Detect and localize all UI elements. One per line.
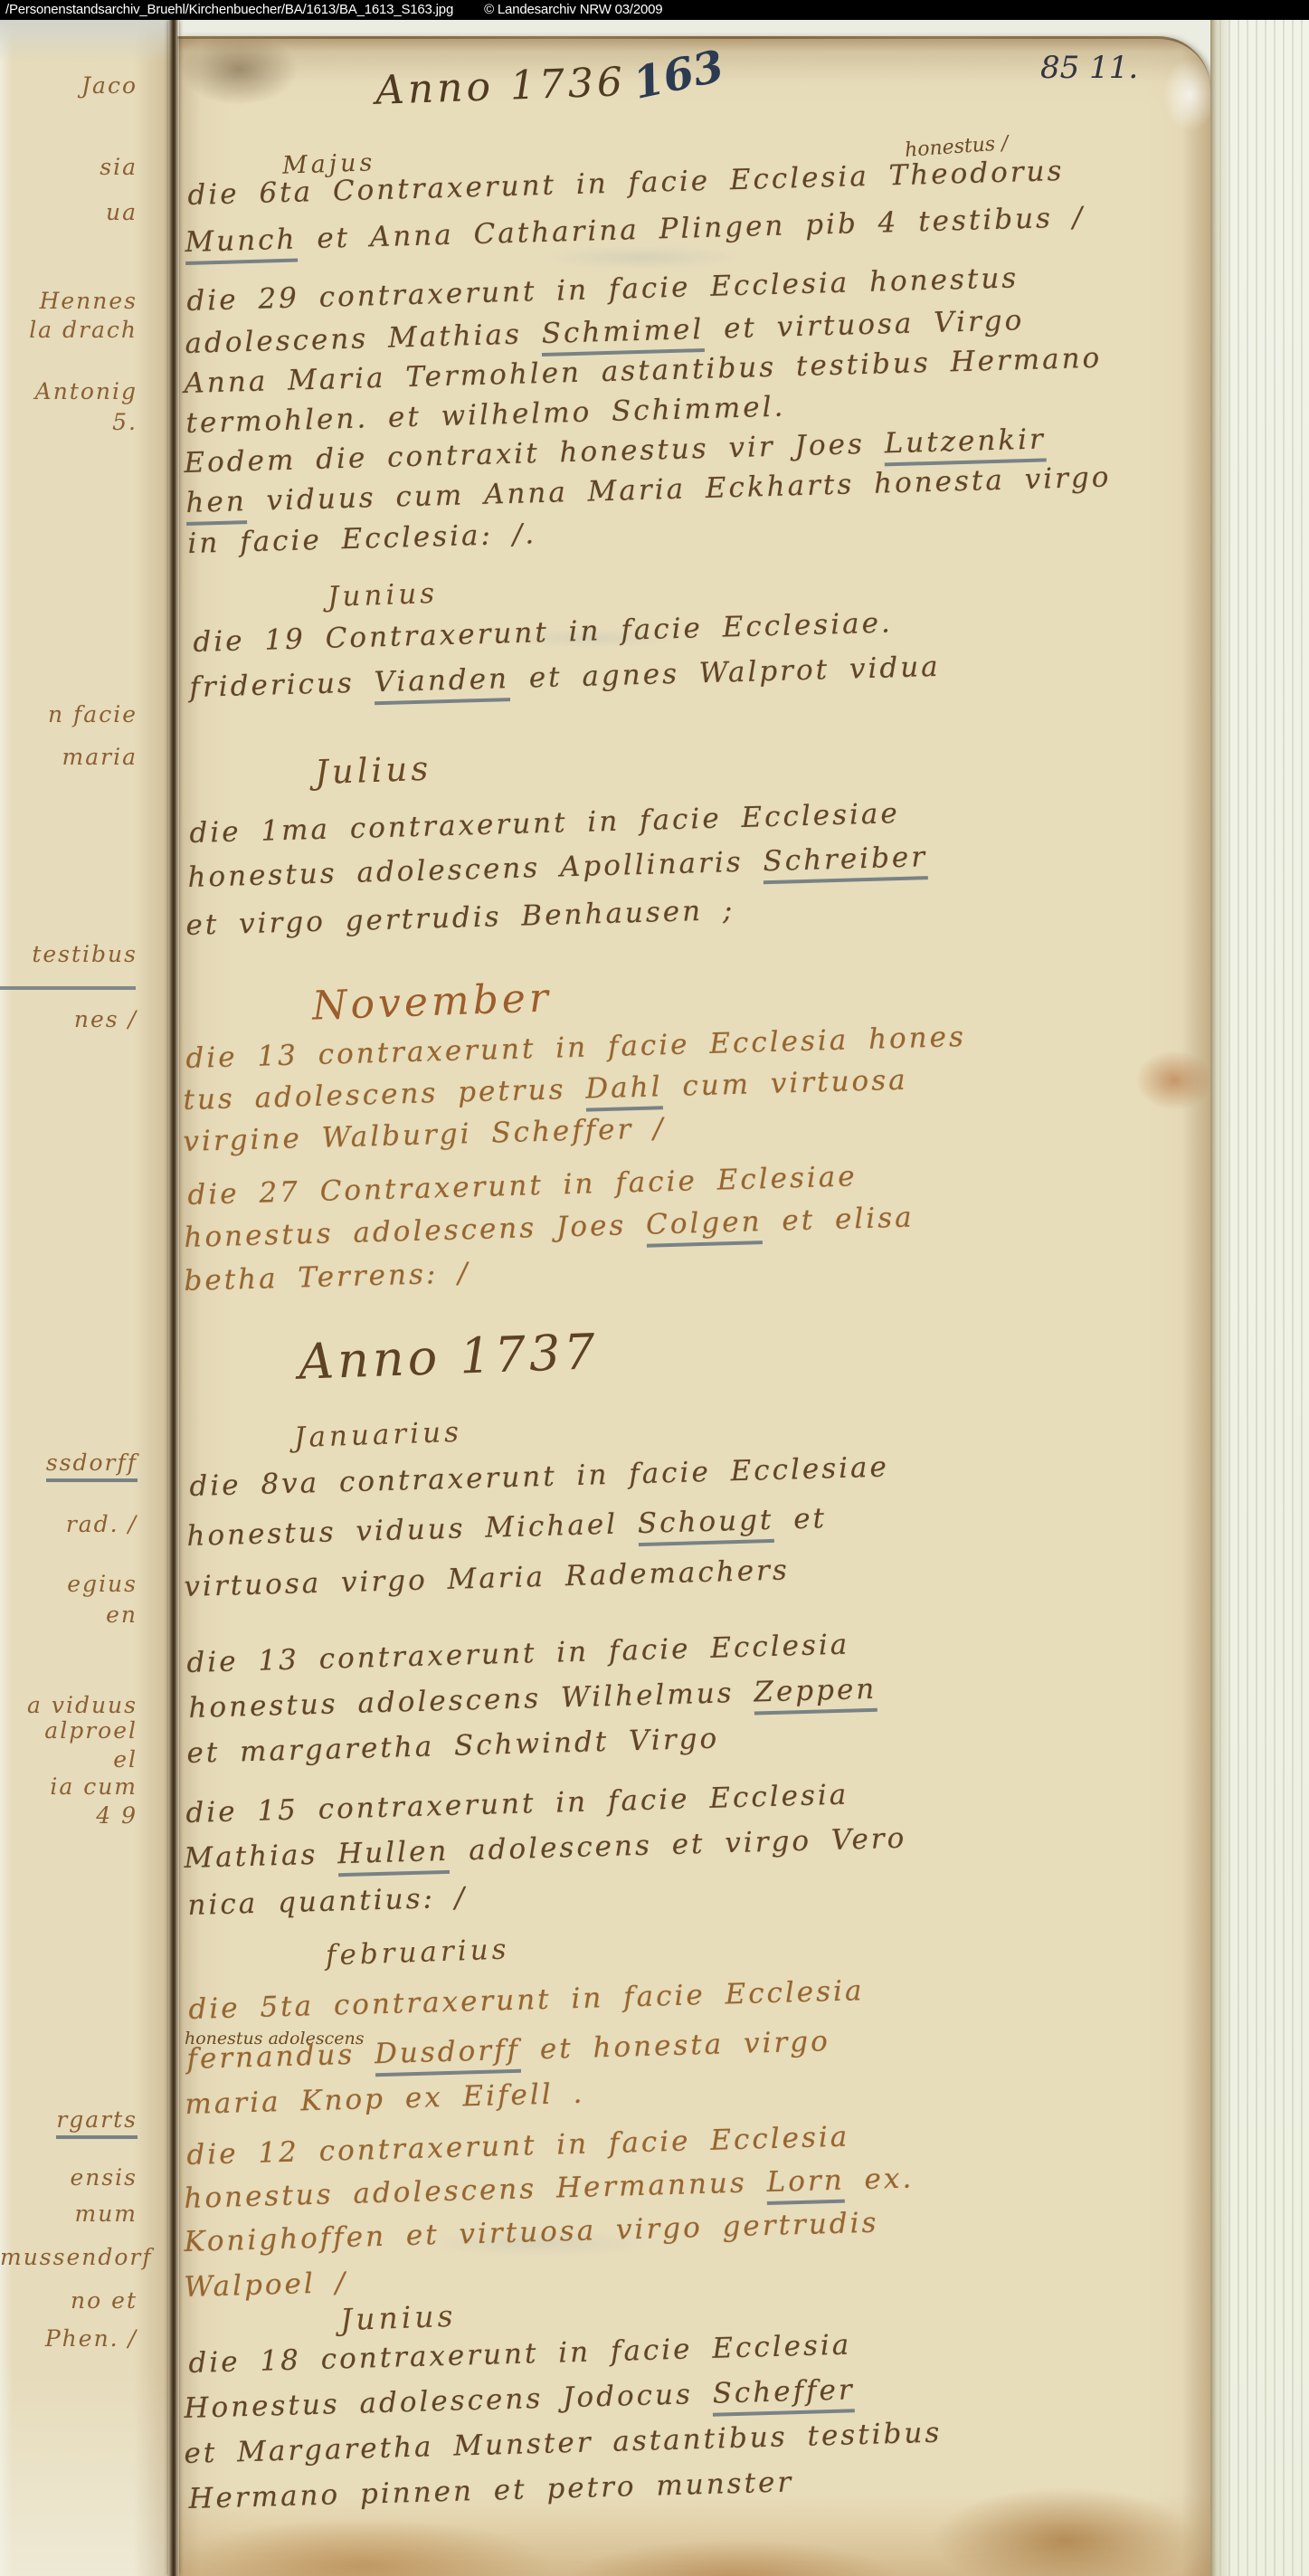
prev-page-fragment: ssdorff xyxy=(0,1450,138,1476)
underlined-surname: Scheffer xyxy=(712,2373,855,2416)
underlined-surname: hen xyxy=(185,485,247,526)
text-segment: fridericus xyxy=(189,666,375,704)
text-segment: fernandus xyxy=(186,2038,375,2076)
prev-page-fragment: no et xyxy=(0,2287,138,2314)
underlined-surname: Munch xyxy=(185,223,298,265)
prev-page-fragment: Hennes xyxy=(0,288,138,314)
prev-page-fragment: n facie xyxy=(0,701,138,727)
underlined-surname: rgarts xyxy=(56,2106,138,2139)
entry-line: Walpoel / xyxy=(184,2267,348,2304)
prev-page-fragment: ensis xyxy=(0,2164,138,2191)
underlined-surname: Dusdorff xyxy=(375,2034,521,2077)
text-segment: Walpoel / xyxy=(184,2267,348,2304)
underlined-surname: Hullen xyxy=(337,1835,450,1877)
prev-page-fragment: alproel xyxy=(0,1717,138,1744)
file-path-label: /Personenstandsarchiv_Bruehl/Kirchenbuec… xyxy=(5,0,453,20)
prev-page-fragment: Phen. / xyxy=(0,2325,138,2352)
underlined-surname: Colgen xyxy=(646,1205,764,1248)
prev-page-fragment: maria xyxy=(0,744,138,770)
heading-junius-1736: Junius xyxy=(327,577,438,613)
prev-page-fragment: en xyxy=(0,1602,138,1628)
underlined-surname: Dahl xyxy=(585,1070,663,1111)
folio-number: 85 11. xyxy=(1040,50,1138,86)
page-block-edges xyxy=(1210,20,1309,2576)
underlined-surname: Schougt xyxy=(637,1504,774,1546)
underlined-surname: Lutzenkir xyxy=(884,423,1046,466)
copyright-label: © Landesarchiv NRW 03/2009 xyxy=(484,0,662,20)
prev-page-fragment: 5. xyxy=(0,409,138,435)
underlined-surname: Schmimel xyxy=(541,313,705,356)
underlined-surname: Schreiber xyxy=(763,841,928,884)
heading-februarius: februarius xyxy=(325,1933,510,1972)
underlined-surname: Zeppen xyxy=(754,1673,877,1716)
heading-julius: Julius xyxy=(314,749,432,792)
prev-page-fragment: a viduus xyxy=(0,1692,138,1718)
prev-page-fragment: mussendorf xyxy=(0,2244,138,2270)
year-title-1736: Anno 1736 xyxy=(375,59,627,114)
prev-page-fragment: sia xyxy=(0,154,138,180)
prev-page-fragment: ua xyxy=(0,199,138,225)
prev-page-fragment: egius xyxy=(0,1571,138,1597)
underlined-surname: Vianden xyxy=(374,662,510,705)
underlined-surname: Lorn xyxy=(766,2164,845,2205)
prev-page-fragment: el xyxy=(0,1746,138,1773)
prev-page-fragment: testibus xyxy=(0,941,138,967)
archive-info-bar: /Personenstandsarchiv_Bruehl/Kirchenbuec… xyxy=(0,0,1309,20)
heading-november: November xyxy=(311,974,552,1029)
prev-page-fragment: mum xyxy=(0,2201,138,2227)
prev-page-fragment: nes / xyxy=(0,1006,138,1032)
pencil-underline xyxy=(0,986,136,990)
underlined-surname: ssdorff xyxy=(46,1450,138,1482)
text-segment: cum virtuosa xyxy=(662,1064,908,1104)
year-title-1737: Anno 1737 xyxy=(298,1323,600,1391)
prev-page-fragment: ia cum xyxy=(0,1773,138,1800)
text-segment: et elisa xyxy=(762,1201,915,1238)
prev-page-fragment: rad. / xyxy=(0,1511,138,1537)
prev-page-fragment: Antonig xyxy=(0,378,138,404)
heading-junius-1737: Junius xyxy=(339,2298,457,2337)
prev-page-fragment: Jaco xyxy=(0,72,138,99)
heading-januarius: Januarius xyxy=(293,1416,462,1454)
prev-page-fragment: la drach xyxy=(0,317,138,343)
book-binding-gutter xyxy=(168,20,179,2576)
prev-page-fragment: 4 9 xyxy=(0,1802,138,1829)
prev-page-fragment: rgarts xyxy=(0,2106,138,2133)
kirchenbuch-scan-page: /Personenstandsarchiv_Bruehl/Kirchenbuec… xyxy=(0,0,1309,2576)
text-segment: Mathias xyxy=(184,1838,338,1875)
text-segment: et xyxy=(773,1502,828,1536)
text-segment: ex. xyxy=(844,2162,915,2196)
